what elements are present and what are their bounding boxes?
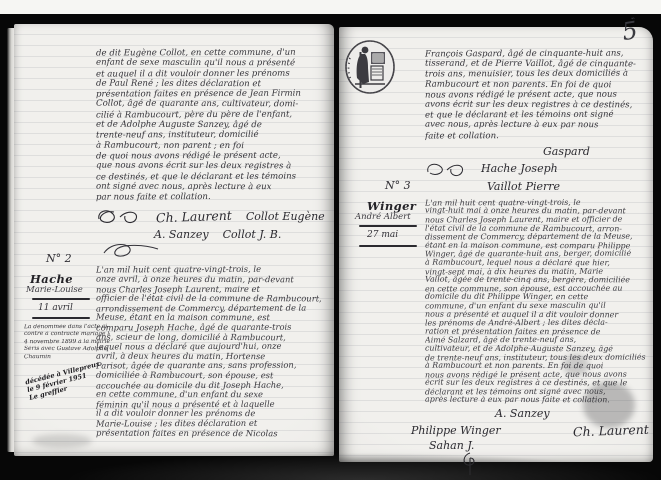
signature: Philippe Winger bbox=[411, 424, 501, 437]
signature: A. Sanzey bbox=[495, 407, 550, 420]
manuscript-line: faite et collation. bbox=[425, 130, 647, 141]
paraph-flourish-icon bbox=[102, 243, 162, 259]
margin-rule bbox=[359, 245, 417, 247]
manuscript-line: avec nous, après lecture à eux par nous bbox=[425, 120, 647, 131]
margin-given-names: André Albert bbox=[355, 212, 411, 222]
manuscript-line: en cette commune, d'un enfant du sexe bbox=[96, 390, 330, 400]
act-3-text: L'an mil huit cent quatre-vingt-trois, l… bbox=[425, 199, 647, 405]
manuscript-line: par nous faite et collation. bbox=[96, 192, 330, 203]
manuscript-line: onze avril, à onze heures du matin, par-… bbox=[96, 275, 330, 285]
signature: Collot Eugène bbox=[246, 210, 325, 223]
manuscript-line: trente-neuf ans, instituteur, domicilié bbox=[96, 130, 330, 141]
manuscript-line: après lecture à eux par nous faite et co… bbox=[425, 396, 647, 405]
manuscript-line: nous Charles Joseph Laurent, maire et of… bbox=[425, 216, 647, 226]
margin-rule bbox=[32, 298, 90, 300]
manuscript-line: cultivateur, et de Adolphe-Auguste Sanze… bbox=[425, 345, 647, 354]
manuscript-line: lequel nous a déclaré que aujourd'hui, o… bbox=[96, 342, 330, 353]
manuscript-line: comparu Joseph Hache, âgé de quarante-tr… bbox=[96, 323, 330, 334]
page-smudge bbox=[32, 434, 92, 448]
manuscript-line: enfant de sexe masculin qu'il nous a pré… bbox=[96, 58, 330, 69]
previous-act-end-text: François Gaspard, âgé de cinquante-huit … bbox=[425, 49, 647, 141]
manuscript-line: commune, d'un enfant du sexe masculin qu… bbox=[425, 301, 647, 311]
margin-date: 11 avril bbox=[38, 303, 73, 313]
manuscript-line: domiciliée à Rambucourt, son épouse, est bbox=[96, 371, 330, 381]
signature: Ch. Laurent bbox=[572, 421, 648, 439]
manuscript-line: et auquel il a dit vouloir donner les pr… bbox=[96, 68, 330, 79]
margin-date: 27 mai bbox=[367, 230, 398, 240]
manuscript-line: Marie-Louise ; les dites déclaration et bbox=[96, 418, 330, 429]
page-number: ⌁ 5 bbox=[619, 14, 639, 46]
right-page: ⌁ 5 N° 3 Winger André bbox=[339, 27, 653, 462]
manuscript-line: que nous avons écrit sur les deux regist… bbox=[96, 161, 330, 172]
revenue-stamp-icon bbox=[343, 38, 397, 96]
margin-surname: Winger bbox=[367, 199, 416, 213]
scan-floor-shadow bbox=[0, 450, 661, 480]
manuscript-line: trois ans, menuisier, tous les deux domi… bbox=[425, 69, 647, 80]
margin-surname: Hache bbox=[30, 272, 73, 286]
previous-act-signatures: Gaspard Hache Joseph Vaillot Pierre bbox=[425, 145, 647, 193]
signature: Ch. Laurent bbox=[156, 208, 232, 226]
manuscript-line: Collot, âgé de quarante ans, cultivateur… bbox=[96, 99, 330, 110]
signature: Collot J. B. bbox=[223, 228, 282, 241]
right-text-column: François Gaspard, âgé de cinquante-huit … bbox=[425, 49, 647, 480]
manuscript-line: présentation faites en présence de Nicol… bbox=[96, 428, 330, 438]
signature: Gaspard bbox=[543, 145, 590, 158]
previous-act-text: de dit Eugène Collot, en cette commune, … bbox=[96, 48, 330, 202]
left-text-column: de dit Eugène Collot, en cette commune, … bbox=[96, 48, 330, 438]
paraph-flourish-icon bbox=[96, 206, 142, 226]
manuscript-line: ce destinés, et que le déclarant et les … bbox=[96, 171, 330, 182]
manuscript-line: Rambucourt et non parents. En foi de quo… bbox=[425, 79, 647, 90]
margin-rule bbox=[32, 317, 90, 319]
signature: A. Sanzey bbox=[154, 228, 209, 241]
signature: Hache Joseph bbox=[481, 162, 558, 175]
margin-act-number: N° 2 bbox=[46, 252, 72, 265]
manuscript-line: à Rambucourt, lequel nous a déclaré que … bbox=[425, 259, 647, 268]
left-page: N° 2 Hache Marie-Louise 11 avril La déno… bbox=[14, 24, 334, 456]
act-2-text: L'an mil huit cent quatre-vingt-trois, l… bbox=[96, 265, 330, 438]
signature: Vaillot Pierre bbox=[487, 180, 560, 193]
previous-act-signatures: Ch. Laurent Collot Eugène A. Sanzey Coll… bbox=[96, 206, 330, 259]
margin-rule bbox=[359, 225, 417, 227]
margin-given-names: Marie-Louise bbox=[26, 285, 83, 295]
scanned-register-spread: N° 2 Hache Marie-Louise 11 avril La déno… bbox=[0, 0, 661, 480]
margin-act-number: N° 3 bbox=[385, 179, 411, 192]
scanner-background-strip bbox=[0, 0, 661, 14]
paraph-flourish-icon bbox=[425, 160, 467, 178]
